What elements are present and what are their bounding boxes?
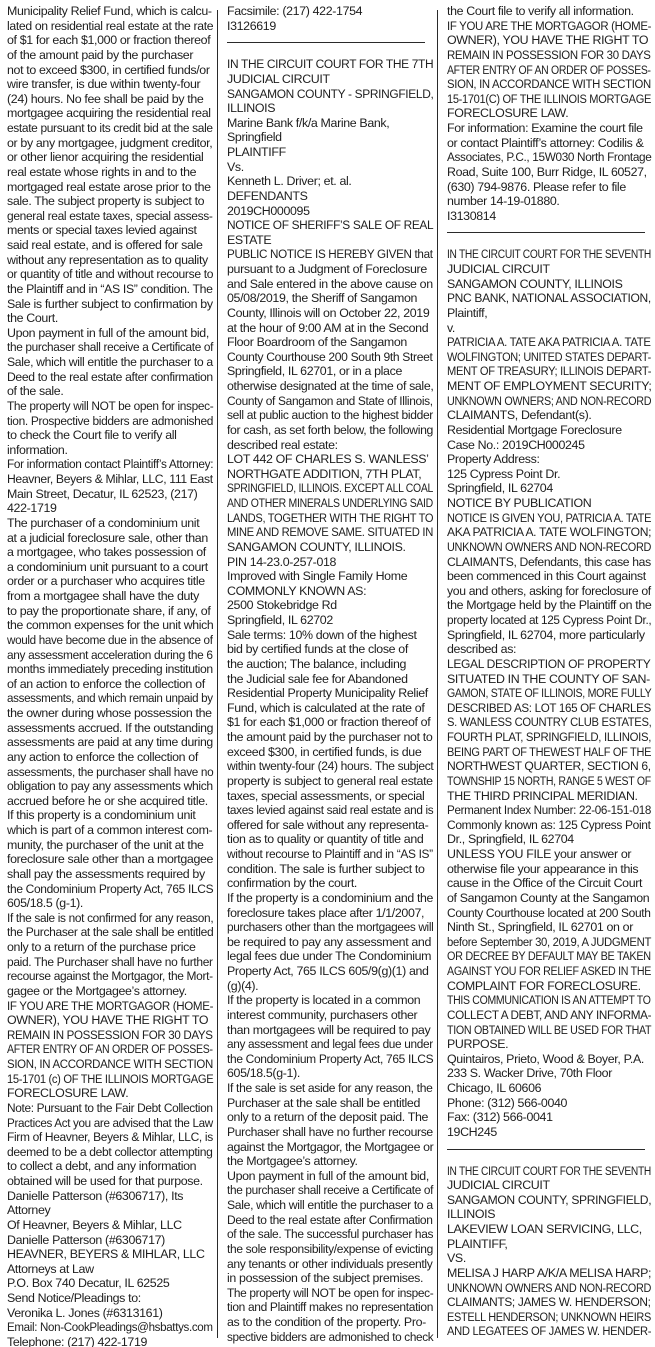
notice-text-line: or contact Plaintiff’s attorney: Codilis… (447, 136, 651, 151)
notice-text-line: against the Mortgagor, the Mortgagee or (227, 1140, 432, 1155)
notice-text-line: which is part of a common interest com- (7, 823, 213, 838)
notice-text-line: NOTICE OF SHERIFF’S SALE OF REAL (227, 218, 424, 233)
notice-text-line: Telephone: (217) 422-1719 (7, 1335, 213, 1347)
notice-text-line: UNKNOWN OWNERS; AND NON-RECORD (447, 394, 624, 409)
notice-text-line: any assessment acceleration during the 6 (7, 648, 204, 663)
notice-text-line: cause in the Office of the Circuit Court (447, 876, 651, 891)
notice-text-line: OR DECREE BY DEFAULT MAY BE TAKEN (447, 949, 626, 964)
notice-text-line: Springfield, IL 62701, or in a place (227, 364, 433, 379)
notice-text-line: County, Illinois will on October 22, 201… (227, 306, 433, 321)
notice-text-line: shall pay the assessments required by (7, 867, 213, 882)
column-divider (217, 10, 218, 1338)
notice-text-line: before September 30, 2019, A JUDGMENT (447, 935, 633, 950)
notice-text-line: Sale terms: 10% down of the highest (227, 628, 433, 643)
notice-text-line: otherwise designated at the time of sale… (227, 379, 432, 394)
notice-text-line: gagee or the Mortgagee’s attorney. (7, 984, 213, 999)
notice-text-line: the Plaintiff and in “AS IS” condition. … (7, 282, 211, 297)
notice-text-line: UNLESS YOU FILE your answer or (447, 847, 651, 862)
notice-text-line: months immediately preceding institution (7, 662, 209, 677)
notice-text-line: COMMONLY KNOWN AS: (227, 584, 433, 599)
notice-text-line: the purchaser shall receive a Certificat… (227, 1183, 424, 1198)
notice-text-block: IN THE CIRCUIT COURT FOR THE 7THJUDICIAL… (227, 57, 433, 1344)
notice-text-line: the Mortgage held by the Plaintiff on th… (447, 598, 651, 613)
notice-text-line: recourse against the Mortgagor, the Mort… (7, 969, 205, 984)
notice-text-line: estate pursuant to its credit bid at the… (7, 121, 205, 136)
notice-text-line: S. WANLESS COUNTRY CLUB ESTATES, (447, 715, 631, 730)
notice-text-line: Springfield, IL 62704 (447, 481, 651, 496)
notice-text-line: OWNER), YOU HAVE THE RIGHT TO (447, 33, 651, 48)
notice-text-line: Practices Act you are advised that the L… (7, 1116, 201, 1131)
notice-text-line: NORTHWEST QUARTER, SECTION 6, (447, 759, 646, 774)
notice-text-line: sale. The subject property is subject to (7, 194, 213, 209)
notice-text-line: The property will NOT be open for inspec… (7, 399, 204, 414)
notice-text-line: Residential Mortgage Foreclosure (447, 423, 651, 438)
notice-text-line: SANGAMON COUNTY, SPRINGFIELD, (447, 1193, 646, 1208)
notice-text-line: NORTHGATE ADDITION, 7TH PLAT, (227, 467, 433, 482)
notice-text-line: pursuant to a Judgment of Foreclosure (227, 262, 433, 277)
notice-text-line: munity, the purchaser of the unit at the (7, 838, 213, 853)
notice-text-line: Property Address: (447, 452, 651, 467)
notice-text-line: If this property is a condominium unit (7, 808, 213, 823)
notice-text-line: or by any mortgagee, judgment creditor, (7, 136, 213, 151)
notice-text-line: of the sale. The successful purchaser ha… (227, 1227, 425, 1242)
notice-text-line: within twenty-four (24) hours. The subje… (227, 759, 427, 774)
notice-text-line: the sole responsibility/expense of evict… (227, 1242, 426, 1257)
notice-text-line: otherwise file your appearance in this (447, 862, 651, 877)
notice-text-line: I3130814 (447, 209, 651, 224)
notice-text-line: tion as to quality or quantity of title … (227, 832, 433, 847)
notice-text-line: IN THE CIRCUIT COURT FOR THE SEVENTH (447, 1164, 615, 1179)
notice-text-line: mortgaged real estate arose prior to the (7, 180, 213, 195)
notice-text-line: a condominium unit pursuant to a court (7, 560, 213, 575)
notice-text-line: AFTER ENTRY OF AN ORDER OF POSSES- (7, 1042, 182, 1057)
notice-text-line: the Court. (7, 311, 213, 326)
notice-text-line: information. (7, 443, 213, 458)
notice-text-line: Danielle Patterson (#6306717), Its (7, 1189, 213, 1204)
notice-text-line: been commenced in this Court against (447, 569, 651, 584)
notice-text-line: the Court file to verify all information… (447, 4, 651, 19)
notice-text-line: paid. The Purchaser shall have no furthe… (7, 955, 206, 970)
notice-text-line: IN THE CIRCUIT COURT FOR THE 7TH (227, 57, 425, 72)
notice-text-line: If the sale is not confirmed for any rea… (7, 911, 204, 926)
notice-text-line: Attorneys at Law (7, 1262, 213, 1277)
notice-text-line: obligation to pay any assessments which (7, 779, 208, 794)
notice-text-line: Sale is further subject to confirmation … (7, 297, 213, 312)
notice-text-line: VS. (447, 1251, 651, 1266)
notice-text-line: Marine Bank f/k/a Marine Bank, (227, 116, 433, 131)
notice-text-line: FORECLOSURE LAW. (7, 1086, 213, 1101)
notice-text-line: any tenants or other individuals present… (227, 1257, 428, 1272)
notice-text-line: Email: Non-CookPleadings@hsbattys.com (7, 1320, 199, 1335)
notice-text-line: Plaintiff, (447, 306, 651, 321)
notice-text-line: of $1 for each $1,000 or fraction thereo… (7, 33, 213, 48)
notice-text-line: DESCRIBED AS: LOT 165 OF CHARLES (447, 701, 638, 716)
notice-text-line: of the sale. (7, 384, 213, 399)
notice-text-line: PIN 14-23.0-257-018 (227, 555, 433, 570)
notice-text-block: IN THE CIRCUIT COURT FOR THE SEVENTHJUDI… (447, 247, 651, 1139)
notice-text-line: UNKNOWN OWNERS AND NON-RECORD (447, 540, 626, 555)
notice-text-line: PNC BANK, NATIONAL ASSOCIATION, (447, 291, 645, 306)
notice-text-line: only to a return of the deposit paid. Th… (227, 1110, 433, 1125)
notice-text-line: Upon payment in full of the amount bid, (227, 1169, 433, 1184)
notice-text-line: Springfield, IL 62702 (227, 613, 433, 628)
notice-text-line: ments or special taxes levied against (7, 223, 213, 238)
notice-text-line: property is subject to general real esta… (227, 774, 433, 789)
notice-text-line: assessments are paid at any time during (7, 735, 210, 750)
notice-text-line: Quintairos, Prieto, Wood & Boyer, P.A. (447, 1052, 651, 1067)
notice-text-line: assessments accrued. If the outstanding (7, 721, 211, 736)
notice-text-line: Danielle Patterson (#6306717) (7, 1233, 213, 1248)
notice-text-line: Floor Boardroom of the Sangamon (227, 335, 433, 350)
notice-text-line: SANGAMON COUNTY, ILLINOIS (447, 277, 651, 292)
notice-text-line: ESTATE (227, 233, 433, 248)
notice-text-line: the Purchaser at the sale shall be entit… (7, 925, 207, 940)
notice-text-line: CLAIMANTS, Defendant(s). (447, 408, 651, 423)
notice-text-line: 233 S. Wacker Drive, 70th Floor (447, 1066, 651, 1081)
notice-text-line: THIS COMMUNICATION IS AN ATTEMPT TO (447, 993, 620, 1008)
notice-column-3: the Court file to verify all information… (447, 4, 651, 1339)
notice-text-line: Fund, which is calculated at the rate of (227, 701, 433, 716)
notice-text-line: confirmation by the court. (227, 876, 433, 891)
notice-text-line: order or a purchaser who acquires title (7, 574, 213, 589)
notice-text-line: not to exceed $300, in certified funds/o… (7, 63, 213, 78)
notice-text-line: Commonly known as: 125 Cypress Point (447, 818, 644, 833)
notice-text-line: said real estate, and is offered for sal… (7, 238, 213, 253)
notice-text-line: tion. Prospective bidders are admonished (7, 414, 205, 429)
notice-text-line: Ninth St., Springfield, IL 62701 on or (447, 920, 651, 935)
notice-text-line: described as: (447, 642, 651, 657)
notice-text-line: SION, IN ACCORDANCE WITH SECTION (447, 77, 634, 92)
notice-text-line: LEGAL DESCRIPTION OF PROPERTY (447, 657, 645, 672)
notice-text-line: the owner during whose possession the (7, 706, 213, 721)
notice-text-line: PLAINTIFF, (447, 1237, 651, 1252)
notice-text-line: foreclosure takes place after 1/1/2007, (227, 906, 433, 921)
notice-text-line: any action to enforce the collection of (7, 750, 213, 765)
notice-text-line: FORECLOSURE LAW. (447, 106, 651, 121)
notice-text-line: spective bidders are admonished to check (227, 1330, 422, 1345)
notice-text-line: foreclosure sale other than a mortgagee (7, 852, 213, 867)
notice-text-line: County of Sangamon and State of Illinois… (227, 394, 425, 409)
notice-text-line: 2019CH000095 (227, 204, 433, 219)
notice-text-line: bid by certified funds at the close of (227, 642, 433, 657)
notice-text-line: LANDS, TOGETHER WITH THE RIGHT TO (227, 511, 412, 526)
notice-text-line: deemed to be a debt collector attempting (7, 1145, 208, 1160)
notice-text-line: JUDICIAL CIRCUIT (447, 262, 651, 277)
notice-text-line: as to the condition of the property. Pro… (227, 1315, 433, 1330)
notice-text-line: COLLECT A DEBT, AND ANY INFORMA- (447, 1008, 640, 1023)
notice-text-line: Send Notice/Pleadings to: (7, 1291, 213, 1306)
notice-text-line: THE THIRD PRINCIPAL MERIDIAN. (447, 789, 651, 804)
notice-text-line: Firm of Heavner, Beyers & Mihlar, LLC, i… (7, 1130, 206, 1145)
notice-text-line: NOTICE IS GIVEN YOU, PATRICIA A. TATE (447, 511, 628, 526)
notice-text-line: BEING PART OF THEWEST HALF OF THE (447, 745, 628, 760)
notice-text-line: Sale, which will entitle the purchaser t… (227, 1198, 430, 1213)
notice-text-line: PATRICIA A. TATE AKA PATRICIA A. TATE (447, 335, 634, 350)
notice-text-line: 422-1719 (7, 501, 213, 516)
notice-text-block: the Court file to verify all information… (447, 4, 651, 223)
notice-text-line: County Courthouse located at 200 South (447, 906, 644, 921)
notice-text-line: CLAIMANTS; JAMES W. HENDERSON; (447, 1295, 642, 1310)
notice-text-line: accrued before he or she acquired title. (7, 794, 213, 809)
notice-text-line: the Condominium Property Act, 765 ILCS (227, 1052, 426, 1067)
notice-text-line: Note: Pursuant to the Fair Debt Collecti… (7, 1101, 204, 1116)
notice-text-line: Associates, P.C., 15W030 North Frontage (447, 150, 641, 165)
notice-text-line: taxes levied against said real estate an… (227, 803, 422, 818)
notice-text-line: of an action to enforce the collection o… (7, 677, 213, 692)
notice-text-line: Case No.: 2019CH000245 (447, 438, 651, 453)
notice-text-line: Phone: (312) 566-0040 (447, 1096, 651, 1111)
notice-text-line: SITUATED IN THE COUNTY OF SAN- (447, 672, 651, 687)
notice-text-line: Attorney (7, 1203, 213, 1218)
notice-text-line: Deed to the real estate after confirmati… (7, 370, 209, 385)
notice-text-line: ESTELL HENDERSON; UNKNOWN HEIRS (447, 1310, 627, 1325)
notice-text-line: LOT 442 OF CHARLES S. WANLESS’ (227, 452, 433, 467)
notice-text-line: the Judicial sale fee for Abandoned (227, 672, 433, 687)
notice-text-line: DEFENDANTS (227, 189, 433, 204)
notice-text-line: P.O. Box 740 Decatur, IL 62525 (7, 1276, 213, 1291)
notice-text-line: without recourse to Plaintiff and in “AS… (227, 847, 425, 862)
notice-text-line: TION OBTAINED WILL BE USED FOR THAT (447, 1023, 623, 1038)
notice-text-line: AKA PATRICIA A. TATE WOLFINGTON; (447, 525, 646, 540)
notice-text-line: number 14-19-01880. (447, 194, 651, 209)
notice-text-line: Springfield, IL 62704, more particularly (447, 628, 651, 643)
notice-text-line: 19CH245 (447, 1125, 651, 1140)
notice-column-2: Facsimile: (217) 422-1754I3126619IN THE … (227, 4, 433, 1344)
notice-text-line: wire transfer, is due within twenty-four (7, 77, 213, 92)
notice-text-line: v. (447, 321, 651, 336)
notice-text-line: exceed $300, in certified funds, is due (227, 745, 433, 760)
notice-text-line: IF YOU ARE THE MORTGAGOR (HOME- (447, 19, 635, 34)
notice-text-line: CLAIMANTS, Defendants, this case has (447, 555, 647, 570)
notice-text-line: real estate whose rights in and to the (7, 165, 213, 180)
notice-text-line: PUBLIC NOTICE IS HEREBY GIVEN that (227, 247, 421, 262)
notice-text-line: (g)(4). (227, 979, 433, 994)
notice-text-line: PLAINTIFF (227, 145, 433, 160)
notice-text-line: Purchaser at the sale shall be entitled (227, 1096, 433, 1111)
notice-text-line: the auction; The balance, including (227, 657, 433, 672)
notice-column-1: Municipality Relief Fund, which is calcu… (7, 4, 213, 1347)
notice-text-line: Springfield (227, 130, 433, 145)
notice-text-line: 05/08/2019, the Sheriff of Sangamon (227, 291, 433, 306)
notice-text-line: to collect a debt, and any information (7, 1159, 213, 1174)
notice-text-line: described real estate: (227, 438, 433, 453)
notice-text-line: SION, IN ACCORDANCE WITH SECTION (7, 1057, 197, 1072)
notice-text-line: in possession of the subject premises. (227, 1271, 433, 1286)
notice-text-line: 125 Cypress Point Dr. (447, 467, 651, 482)
notice-text-block: IN THE CIRCUIT COURT FOR THE SEVENTHJUDI… (447, 1164, 651, 1340)
notice-text-line: The purchaser of a condominium unit (7, 516, 213, 531)
notice-text-line: (24) hours. No fee shall be paid by the (7, 92, 213, 107)
notice-text-line: general real estate taxes, special asses… (7, 209, 206, 224)
notice-text-line: LAKEVIEW LOAN SERVICING, LLC, (447, 1222, 651, 1237)
notice-text-line: purchasers other than the mortgagees wil… (227, 920, 424, 935)
notice-text-line: NOTICE BY PUBLICATION (447, 496, 651, 511)
notice-text-line: legal fees due under The Condominium (227, 949, 433, 964)
notice-text-line: Main Street, Decatur, IL 62523, (217) (7, 487, 213, 502)
notice-text-line: OWNER), YOU HAVE THE RIGHT TO (7, 1013, 213, 1028)
notice-text-line: $1 for each $1,000 or fraction thereof o… (227, 715, 433, 730)
notice-text-line: 2500 Stokebridge Rd (227, 598, 433, 613)
notice-text-line: the amount paid by the purchaser not to (227, 730, 433, 745)
notice-text-line: Deed to the real estate after Confirmati… (227, 1213, 426, 1228)
notice-text-line: Road, Suite 100, Burr Ridge, IL 60527, (447, 165, 651, 180)
notice-text-line: be required to pay any assessment and (227, 935, 433, 950)
notice-text-line: at the hour of 9:00 AM at in the Second (227, 321, 433, 336)
notice-text-line: Vs. (227, 160, 433, 175)
notice-text-block: Facsimile: (217) 422-1754I3126619 (227, 4, 433, 33)
notice-text-line: ILLINOIS (227, 101, 433, 116)
notice-text-line: without any representation as to quality (7, 253, 213, 268)
notice-separator-rule (227, 42, 425, 43)
notice-text-line: AND LEGATEES OF JAMES W. HENDER- (447, 1324, 631, 1339)
notice-separator-rule (447, 232, 645, 233)
notice-text-line: MINE AND REMOVE SAME. SITUATED IN (227, 525, 414, 540)
notice-text-line: you and others, asking for foreclosure o… (447, 584, 648, 599)
notice-text-line: 605/18.5(g-1). (227, 1066, 433, 1081)
notice-text-line: condition. The sale is further subject t… (227, 862, 433, 877)
column-divider (437, 10, 438, 1338)
notice-text-line: sell at public auction to the highest bi… (227, 408, 427, 423)
notice-text-line: assessments, the purchaser shall have no (7, 765, 202, 780)
notice-text-line: mortgagee acquiring the residential real (7, 106, 213, 121)
notice-text-line: taxes, special assessments, or special (227, 789, 433, 804)
notice-text-line: Heavner, Beyers & Mihlar, LLC, 111 East (7, 472, 209, 487)
notice-text-line: COMPLAINT FOR FORECLOSURE. (447, 979, 651, 994)
notice-text-line: I3126619 (227, 19, 433, 34)
notice-text-line: Kenneth L. Driver; et. al. (227, 174, 433, 189)
notice-text-line: or other lienor acquiring the residentia… (7, 150, 213, 165)
notice-text-line: any assessment and legal fees due under (227, 1037, 424, 1052)
notice-text-line: of the amount paid by the purchaser (7, 48, 213, 63)
notice-text-line: Veronika L. Jones (#6313161) (7, 1306, 213, 1321)
notice-text-line: JUDICIAL CIRCUIT (447, 1178, 651, 1193)
notice-text-line: AFTER ENTRY OF AN ORDER OF POSSES- (447, 63, 619, 78)
notice-text-line: tion and Plaintiff makes no representati… (227, 1300, 426, 1315)
notice-text-line: The property will NOT be open for inspec… (227, 1286, 424, 1301)
notice-text-line: 15-1701 (c) OF THE ILLINOIS MORTGAGE (7, 1072, 192, 1087)
notice-text-line: would have become due in the absence of (7, 633, 201, 648)
legal-notices-page: Municipality Relief Fund, which is calcu… (0, 0, 655, 1347)
notice-text-line: UNKNOWN OWNERS AND NON-RECORD (447, 1281, 626, 1296)
notice-text-line: only to a return of the purchase price (7, 940, 213, 955)
notice-text-line: SANGAMON COUNTY, ILLINOIS. (227, 540, 433, 555)
notice-text-line: FOURTH PLAT, SPRINGFIELD, ILLINOIS, (447, 730, 634, 745)
notice-text-line: property located at 125 Cypress Point Dr… (447, 613, 641, 628)
notice-text-line: For information contact Plaintiff’s Atto… (7, 457, 204, 472)
notice-text-line: Municipality Relief Fund, which is calcu… (7, 4, 213, 19)
notice-text-line: of Sangamon County at the Sangamon (447, 891, 651, 906)
notice-text-line: and Sale entered in the above cause on (227, 277, 433, 292)
notice-text-line: If the sale is set aside for any reason,… (227, 1081, 428, 1096)
notice-text-line: Purchaser shall have no further recourse (227, 1125, 429, 1140)
notice-text-line: SANGAMON COUNTY - SPRINGFIELD, (227, 87, 425, 102)
notice-text-line: Sale, which will entitle the purchaser t… (7, 355, 210, 370)
notice-text-line: 605/18.5 (g-1). (7, 896, 213, 911)
notice-text-line: Fax: (312) 566-0041 (447, 1110, 651, 1125)
notice-text-line: AGAINST YOU FOR RELIEF ASKED IN THE (447, 964, 623, 979)
notice-text-line: Upon payment in full of the amount bid, (7, 326, 213, 341)
notice-text-line: For information: Examine the court file (447, 121, 651, 136)
notice-text-line: AND OTHER MINERALS UNDERLYING SAID (227, 496, 401, 511)
notice-text-line: SPRINGFIELD, ILLINOIS. EXCEPT ALL COAL (227, 481, 400, 496)
notice-text-line: the Condominium Property Act, 765 ILCS (7, 882, 206, 897)
notice-text-line: the common expenses for the unit which (7, 618, 211, 633)
notice-text-line: than mortgagees will be required to pay (227, 1023, 433, 1038)
notice-text-line: to pay the proportionate share, if any, … (7, 604, 213, 619)
notice-text-line: IF YOU ARE THE MORTGAGOR (HOME- (7, 999, 199, 1014)
notice-text-line: assessments, and which remain unpaid by (7, 691, 200, 706)
notice-text-line: HEAVNER, BEYERS & MIHLAR, LLC (7, 1247, 213, 1262)
notice-text-line: for cash, as set forth below, the follow… (227, 423, 431, 438)
notice-text-line: (630) 794-9876. Please refer to file (447, 180, 651, 195)
notice-text-line: MENT OF TREASURY; ILLINOIS DEPART- (447, 364, 630, 379)
notice-text-line: Property Act, 765 ILCS 605/9(g)(1) and (227, 964, 433, 979)
notice-text-line: Facsimile: (217) 422-1754 (227, 4, 433, 19)
notice-text-line: REMAIN IN POSSESSION FOR 30 DAYS (7, 1028, 199, 1043)
notice-text-line: Residential Property Municipality Relief (227, 686, 433, 701)
notice-text-line: 15-1701(C) OF THE ILLINOIS MORTGAGE (447, 92, 629, 107)
notice-text-line: lated on residential real estate at the … (7, 19, 210, 34)
notice-text-block: Municipality Relief Fund, which is calcu… (7, 4, 213, 1347)
notice-text-line: MENT OF EMPLOYMENT SECURITY; (447, 379, 651, 394)
notice-text-line: If the property is a condominium and the (227, 891, 432, 906)
notice-text-line: PURPOSE. (447, 1037, 651, 1052)
notice-text-line: interest community, purchasers other (227, 1008, 433, 1023)
notice-text-line: REMAIN IN POSSESSION FOR 30 DAYS (447, 48, 635, 63)
notice-text-line: at a judicial foreclosure sale, other th… (7, 531, 213, 546)
notice-text-line: Improved with Single Family Home (227, 569, 433, 584)
notice-text-line: If the property is located in a common (227, 993, 433, 1008)
notice-text-line: MELISA J HARP A/K/A MELISA HARP; (447, 1266, 651, 1281)
notice-text-line: County Courthouse 200 South 9th Street (227, 350, 428, 365)
notice-text-line: GAMON, STATE OF ILLINOIS, MORE FULLY (447, 686, 621, 701)
notice-text-line: the Mortgagee’s attorney. (227, 1154, 433, 1169)
notice-text-line: the purchaser shall receive a Certificat… (7, 340, 204, 355)
notice-text-line: or quantity of title and without recours… (7, 267, 208, 282)
notice-text-line: offered for sale without any representa- (227, 818, 433, 833)
notice-text-line: Permanent Index Number: 22-06-151-018 (447, 803, 639, 818)
notice-text-line: WOLFINGTON; UNITED STATES DEPART- (447, 350, 627, 365)
notice-text-line: Dr., Springfield, IL 62704 (447, 832, 651, 847)
notice-text-line: to check the Court file to verify all (7, 428, 213, 443)
notice-separator-rule (447, 1149, 645, 1150)
notice-text-line: JUDICIAL CIRCUIT (227, 72, 433, 87)
notice-text-line: a mortgagee, who takes possession of (7, 545, 213, 560)
notice-text-line: TOWNSHIP 15 NORTH, RANGE 5 WEST OF (447, 774, 620, 789)
notice-text-line: obtained will be used for that purpose. (7, 1174, 213, 1189)
notice-text-line: IN THE CIRCUIT COURT FOR THE SEVENTH (447, 247, 615, 262)
notice-text-line: Of Heavner, Beyers & Mihlar, LLC (7, 1218, 213, 1233)
notice-text-line: ILLINOIS (447, 1207, 651, 1222)
notice-text-line: from a mortgagee shall have the duty (7, 589, 213, 604)
notice-text-line: Chicago, IL 60606 (447, 1081, 651, 1096)
